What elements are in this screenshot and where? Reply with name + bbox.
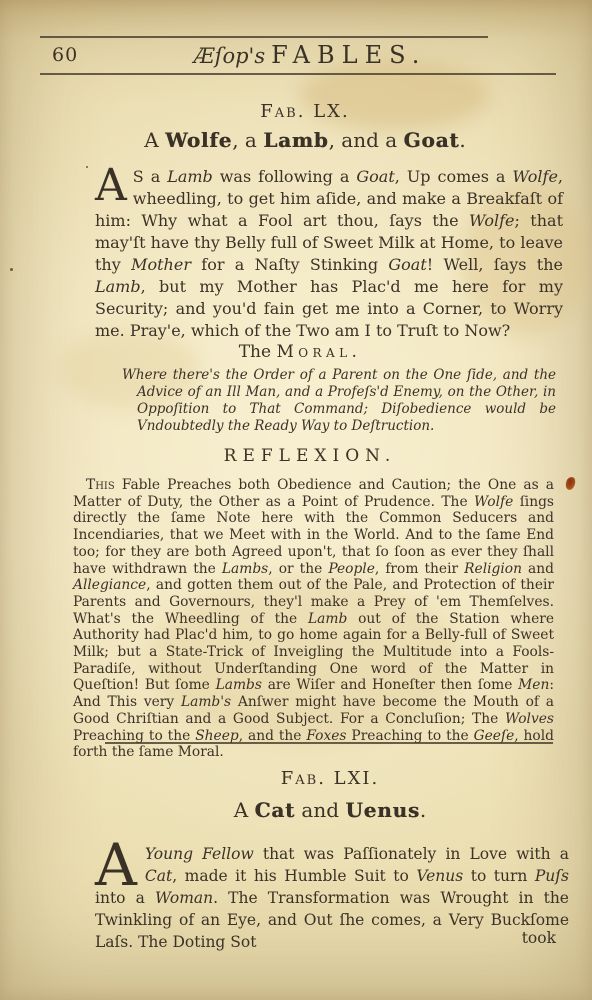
drop-cap-initial: A bbox=[95, 843, 145, 887]
fable-60-text: S a Lamb was following a Goat, Up comes … bbox=[95, 167, 563, 340]
page-number: 60 bbox=[52, 44, 78, 66]
ink-spot bbox=[565, 476, 577, 491]
paper-speck bbox=[86, 166, 88, 168]
reflexion-text: This Fable Preaches both Obedience and C… bbox=[73, 477, 554, 761]
paper-speck bbox=[10, 268, 13, 271]
header-rule-top bbox=[40, 36, 488, 38]
running-title-caps: FABLES. bbox=[271, 41, 426, 69]
fable-61-heading: Fab. LXI. bbox=[105, 768, 555, 789]
fable-61-text: Young Fellow that was Paſſionately in Lo… bbox=[95, 845, 569, 951]
header-rule-bottom bbox=[40, 73, 556, 75]
fable-60-heading: Fab. LX. bbox=[80, 101, 530, 122]
running-title: Æſop'sFABLES. bbox=[110, 41, 510, 69]
fable-60-body: AS a Lamb was following a Goat, Up comes… bbox=[95, 166, 563, 342]
catchword: took bbox=[522, 929, 556, 947]
reflexion-heading: REFLEXION. bbox=[80, 446, 540, 466]
moral-heading: The Moral. bbox=[75, 342, 525, 362]
book-page: 60 Æſop'sFABLES. Fab. LX. A Wolfe, a Lam… bbox=[0, 0, 592, 1000]
fable-61-title: A Cat and Uenus. bbox=[105, 798, 555, 822]
drop-cap-initial: A bbox=[95, 166, 133, 208]
moral-text: Where there's the Order of a Parent on t… bbox=[137, 367, 556, 435]
section-divider-rule bbox=[105, 742, 553, 744]
fable-61-body: AYoung Fellow that was Paſſionately in L… bbox=[95, 843, 569, 953]
fable-60-title: A Wolfe, a Lamb, and a Goat. bbox=[80, 128, 530, 152]
running-title-author: Æſop's bbox=[194, 44, 265, 68]
